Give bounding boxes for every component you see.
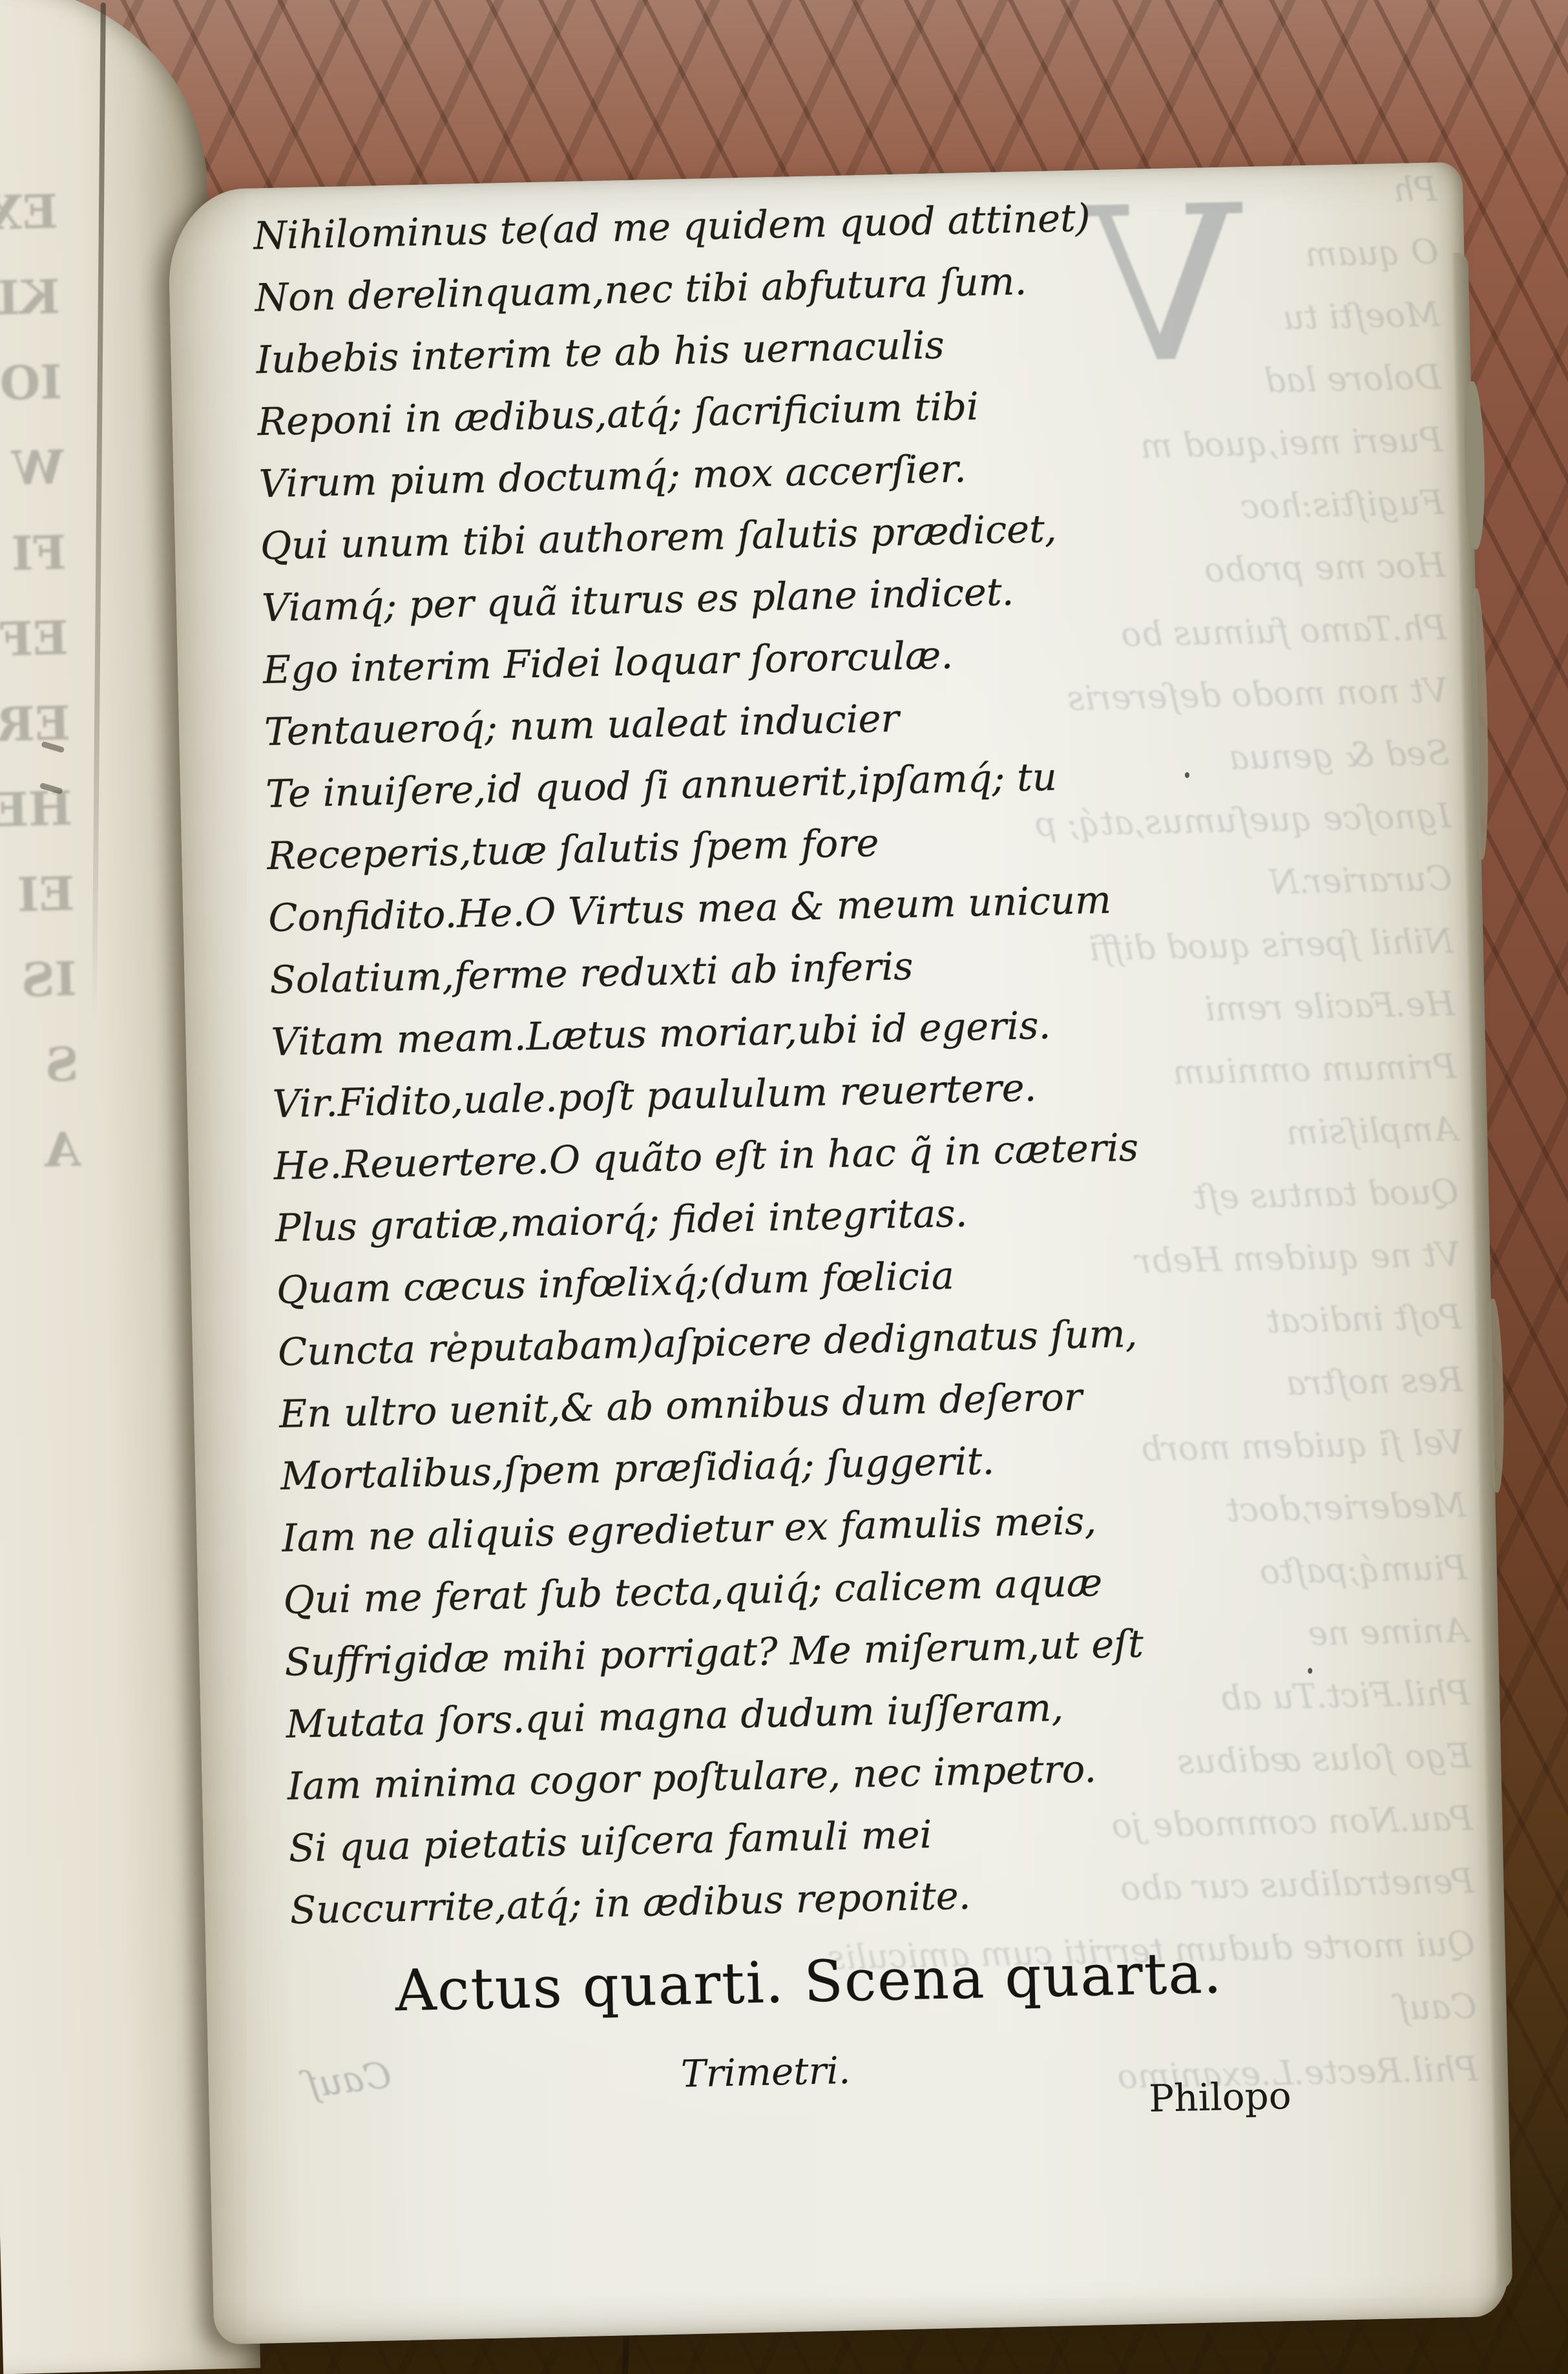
letter-fragment: EF	[0, 595, 69, 683]
letter-fragment: KL	[0, 254, 61, 342]
photo-scene: EXKLIOIWFIEFERHEEIISSA V PhO quamMoeſti …	[0, 0, 1568, 2374]
ink-speck	[420, 976, 424, 982]
gutter-crease	[92, 3, 106, 1024]
book-page: V PhO quamMoeſti tuDolore ladPueri mei,q…	[167, 162, 1509, 2345]
ink-speck	[454, 1331, 458, 1337]
ink-speck	[1185, 772, 1189, 778]
letter-fragment: EX	[0, 169, 59, 257]
letter-fragment: HE	[0, 766, 74, 854]
letter-fragment: IOI	[0, 339, 63, 427]
letter-fragment: S	[0, 1022, 79, 1109]
verse-text-block: Nihilominus te(ad me quidem quod attinet…	[253, 184, 1272, 1942]
letter-fragment: IS	[0, 936, 78, 1024]
catchword: Philopo	[1148, 2074, 1291, 2121]
ink-speck	[1308, 1668, 1312, 1674]
letter-fragment: W	[0, 425, 65, 512]
letter-fragment: FI	[0, 510, 67, 598]
letter-fragment: ER	[0, 680, 71, 768]
letter-fragment: A	[0, 1107, 82, 1195]
letter-fragment: EI	[0, 851, 76, 939]
facing-page-letter-fragments: EXKLIOIWFIEFERHEEIISSA	[0, 169, 82, 1194]
